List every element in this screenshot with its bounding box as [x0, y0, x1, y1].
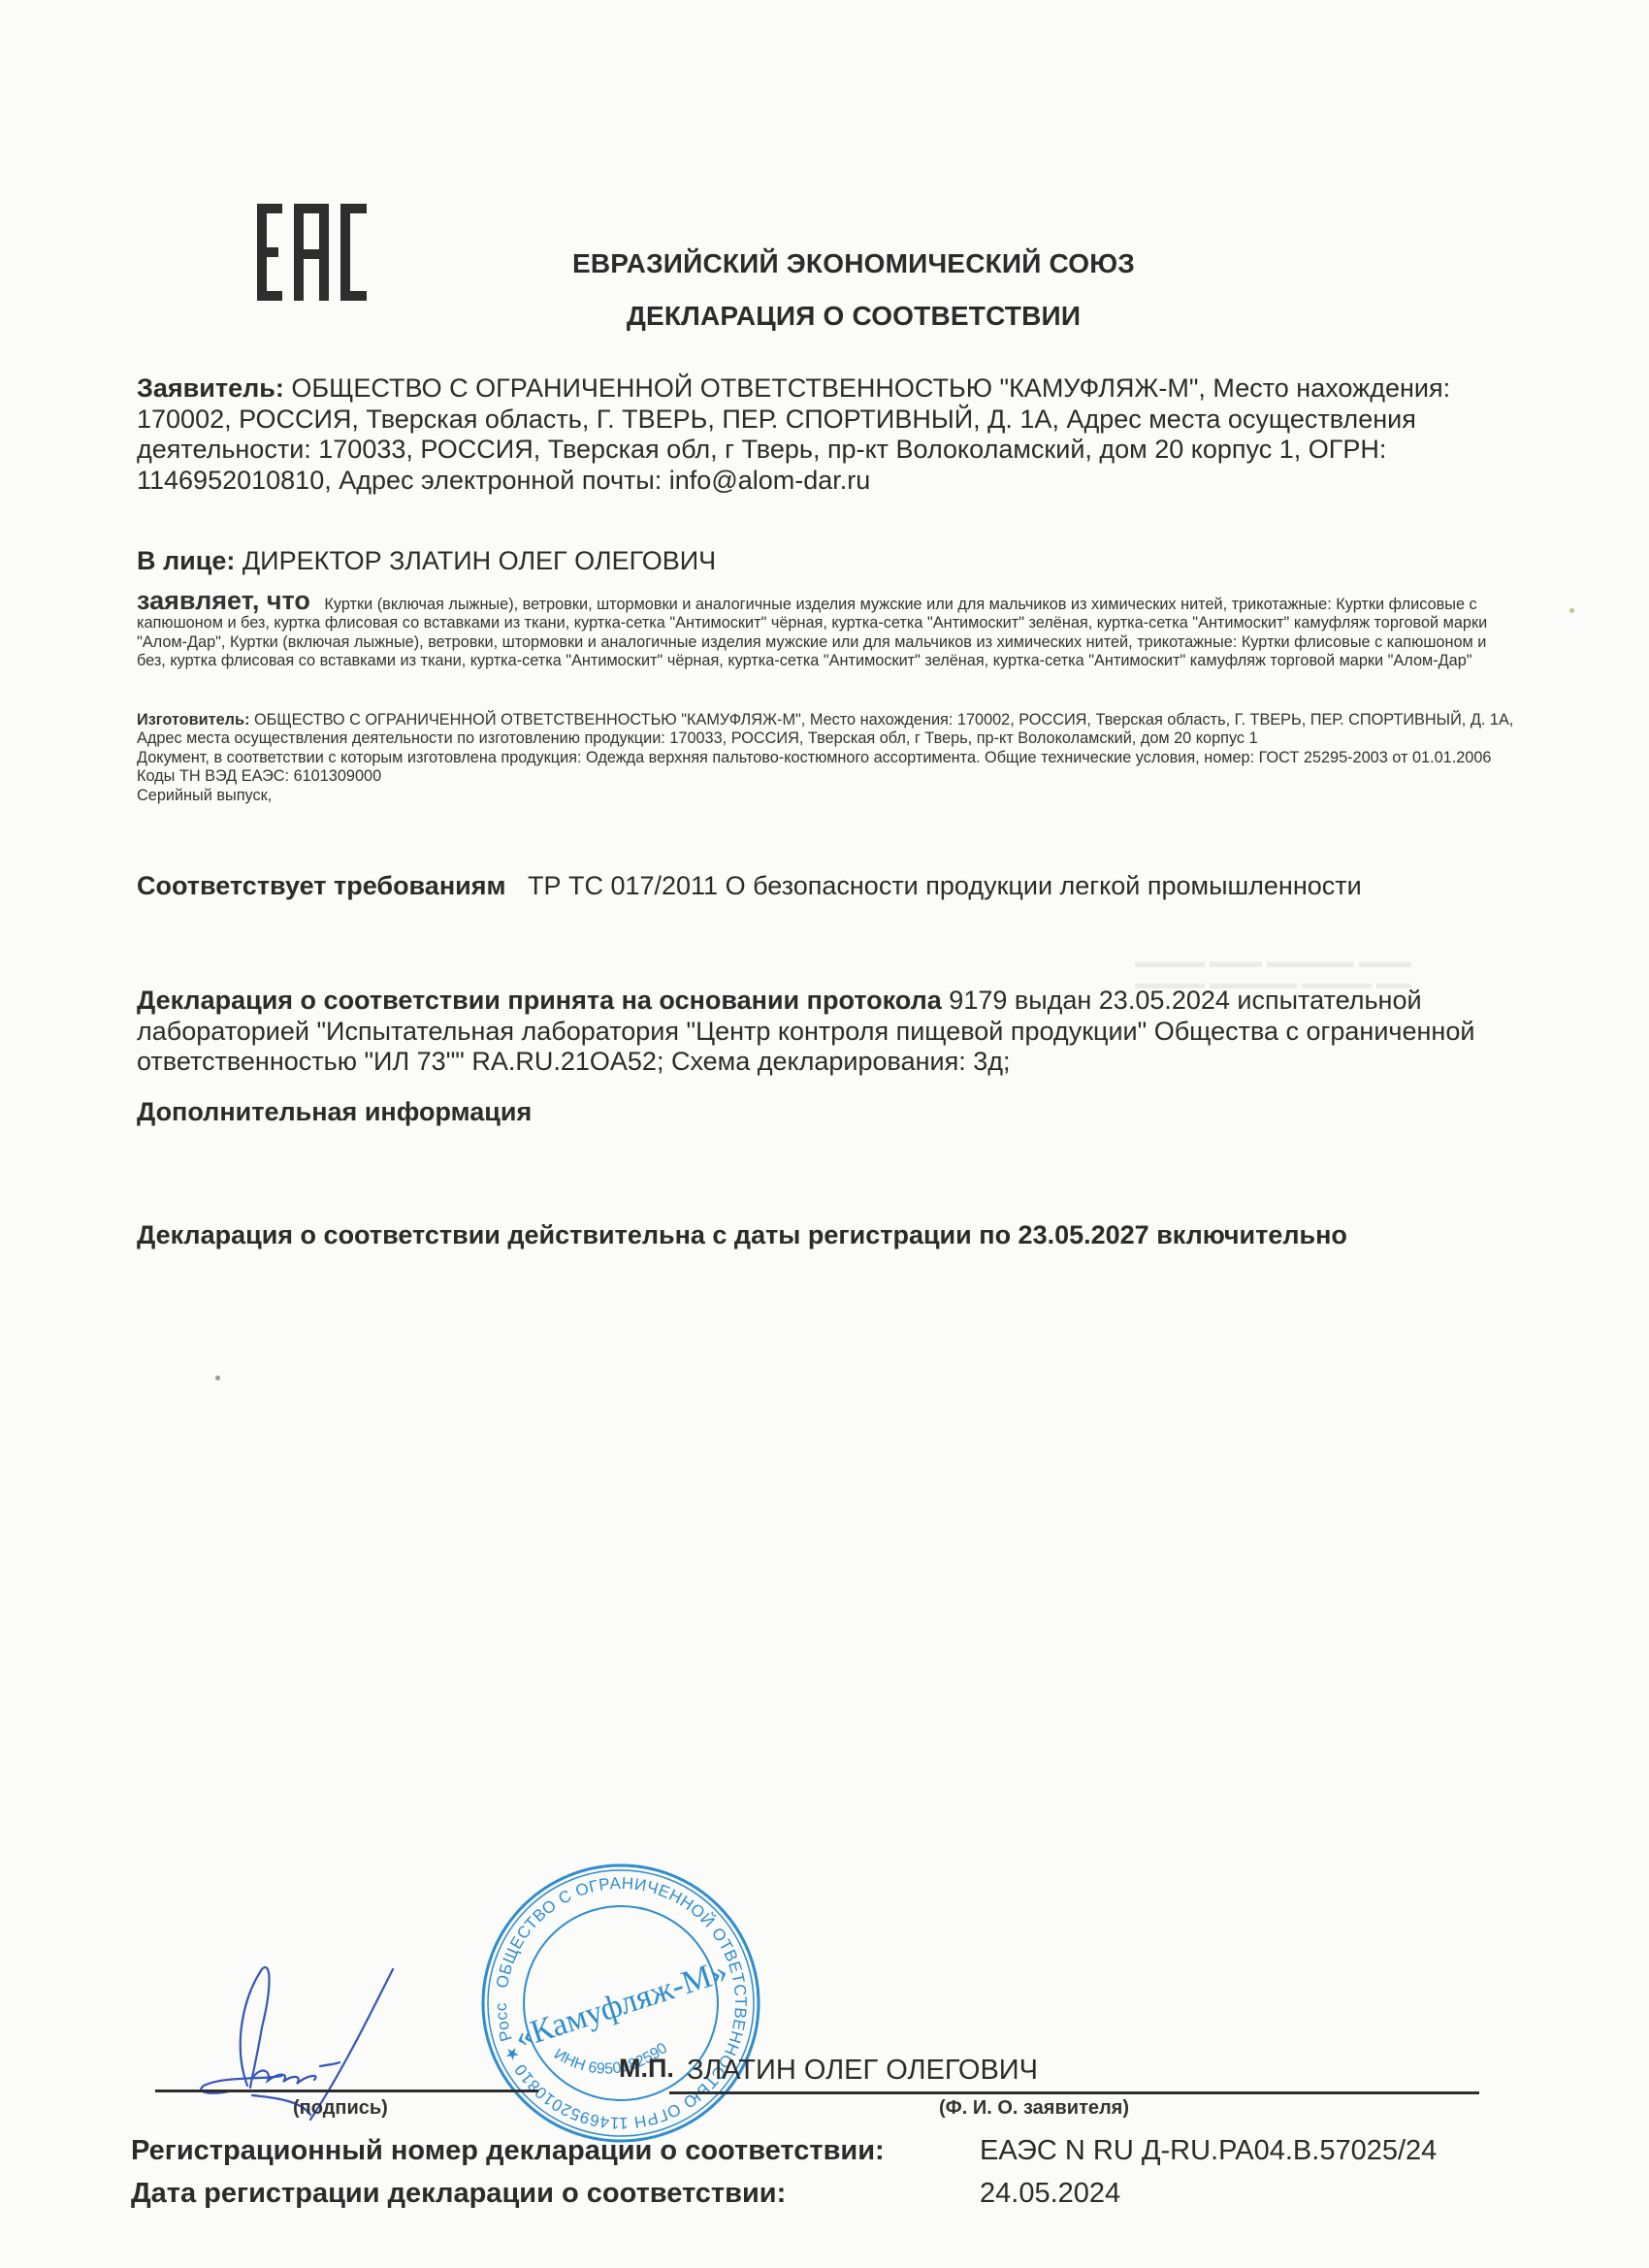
name-line	[669, 2091, 1479, 2094]
registration-date-value: 24.05.2024	[980, 2178, 1120, 2210]
bleed-through-text: ▬▬▬▬ ▬▬▬ ▬▬▬▬▬ ▬▬▬▬▬▬▬ ▬▬▬▬▬ ▬▬▬▬ ▬▬	[1135, 951, 1542, 993]
representative-label: В лице:	[137, 546, 235, 575]
additional-info-heading: Дополнительная информация	[137, 1097, 1495, 1128]
registration-date-label: Дата регистрации декларации о соответств…	[131, 2178, 786, 2210]
applicant-full-name: ЗЛАТИН ОЛЕГ ОЛЕГОВИЧ	[687, 2055, 1038, 2087]
signature-line	[155, 2090, 538, 2092]
representative-text: ДИРЕКТОР ЗЛАТИН ОЛЕГ ОЛЕГОВИЧ	[242, 546, 716, 575]
product-description: Куртки (включая лыжные), ветровки, шторм…	[137, 596, 1487, 669]
validity-statement: Декларация о соответствии действительна …	[137, 1220, 1495, 1251]
company-stamp-icon: ОБЩЕСТВО С ОГРАНИЧЕННОЙ ОТВЕТСТВЕННОСТЬЮ…	[475, 1858, 766, 2149]
applicant-section: Заявитель: ОБЩЕСТВО С ОГРАНИЧЕННОЙ ОТВЕТ…	[137, 373, 1495, 496]
declares-section: заявляет, что Куртки (включая лыжные), в…	[137, 592, 1514, 671]
stamp-place-mark: М.П.	[619, 2054, 674, 2084]
registration-number-label: Регистрационный номер декларации о соотв…	[131, 2135, 885, 2167]
applicant-text: ОБЩЕСТВО С ОГРАНИЧЕННОЙ ОТВЕТСТВЕННОСТЬЮ…	[137, 373, 1450, 495]
protocol-label: Декларация о соответствии принята на осн…	[137, 986, 942, 1015]
declares-label: заявляет, что	[137, 586, 310, 615]
representative-section: В лице: ДИРЕКТОР ЗЛАТИН ОЛЕГ ОЛЕГОВИЧ	[137, 546, 1495, 577]
scan-speck	[215, 1376, 220, 1380]
applicant-label: Заявитель:	[137, 373, 284, 403]
registration-number-value: ЕАЭС N RU Д-RU.PA04.B.57025/24	[980, 2135, 1437, 2167]
union-title: ЕВРАЗИЙСКИЙ ЭКОНОМИЧЕСКИЙ СОЮЗ	[0, 248, 1649, 279]
standard-document: Документ, в соответствии с которым изгот…	[137, 749, 1514, 767]
serial-release: Серийный выпуск,	[137, 787, 1514, 805]
svg-text:«Камуфляж-М»: «Камуфляж-М»	[510, 1954, 731, 2057]
name-caption: (Ф. И. О. заявителя)	[939, 2097, 1129, 2120]
scan-speck	[1569, 608, 1574, 613]
conformity-text: ТР ТС 017/2011 О безопасности продукции …	[528, 871, 1362, 900]
manufacturer-text: ОБЩЕСТВО С ОГРАНИЧЕННОЙ ОТВЕТСТВЕННОСТЬЮ…	[137, 711, 1513, 747]
tnved-codes: Коды ТН ВЭД ЕАЭС: 6101309000	[137, 767, 1514, 786]
document-title: ДЕКЛАРАЦИЯ О СООТВЕТСТВИИ	[0, 301, 1649, 332]
manufacturer-info: Изготовитель: ОБЩЕСТВО С ОГРАНИЧЕННОЙ ОТ…	[137, 711, 1514, 749]
conformity-label: Соответствует требованиям	[137, 871, 505, 900]
signature-caption: (подпись)	[293, 2097, 388, 2120]
manufacturer-label: Изготовитель:	[137, 711, 249, 729]
conformity-section: Соответствует требованиям ТР ТС 017/2011…	[137, 871, 1495, 902]
manufacturer-section: Изготовитель: ОБЩЕСТВО С ОГРАНИЧЕННОЙ ОТ…	[137, 711, 1514, 805]
protocol-section: Декларация о соответствии принята на осн…	[137, 986, 1495, 1078]
